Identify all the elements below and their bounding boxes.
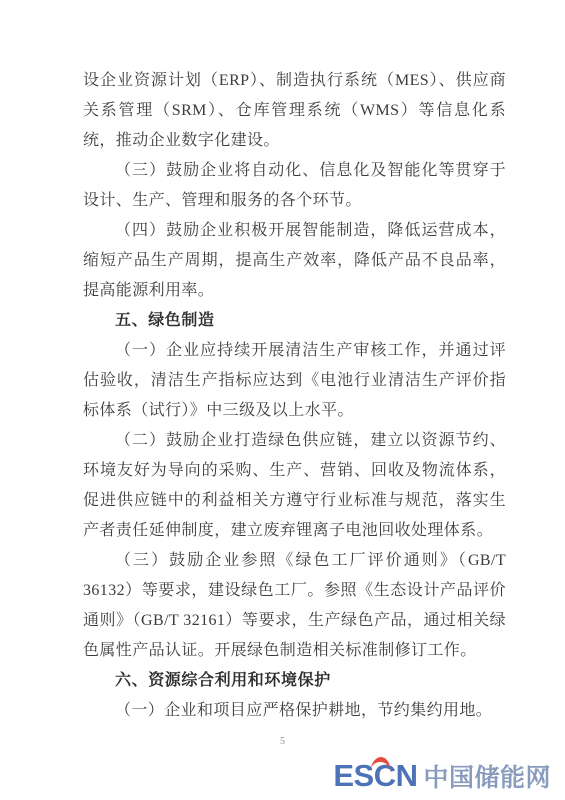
page-number: 5 [0, 736, 565, 747]
paragraph: （三）鼓励企业将自动化、信息化及智能化等贯穿于设计、生产、管理和服务的各个环节。 [83, 156, 506, 216]
paragraph: （一）企业应持续开展清洁生产审核工作，并通过评估验收，清洁生产指标应达到《电池行… [83, 336, 506, 426]
paragraph: （四）鼓励企业积极开展智能制造，降低运营成本，缩短产品生产周期，提高生产效率，降… [83, 216, 506, 306]
paragraph: （三）鼓励企业参照《绿色工厂评价通则》（GB/T 36132）等要求，建设绿色工… [83, 546, 506, 666]
paragraph: （二）鼓励企业打造绿色供应链，建立以资源节约、环境友好为导向的采购、生产、营销、… [83, 426, 506, 546]
paragraph: （一）企业和项目应严格保护耕地，节约集约用地。 [83, 696, 506, 726]
document-body: 设企业资源计划（ERP）、制造执行系统（MES）、供应商关系管理（SRM）、仓库… [83, 66, 506, 726]
document-page: 设企业资源计划（ERP）、制造执行系统（MES）、供应商关系管理（SRM）、仓库… [0, 0, 565, 800]
logo-chinese-text: 中国储能网 [423, 766, 551, 791]
section-heading: 六、资源综合利用和环境保护 [83, 666, 506, 696]
paragraph: 设企业资源计划（ERP）、制造执行系统（MES）、供应商关系管理（SRM）、仓库… [83, 66, 506, 156]
logo-latin-text: ESCN [333, 760, 417, 791]
escn-watermark-logo: ESCN 中国储能网 [333, 760, 551, 791]
section-heading: 五、绿色制造 [83, 306, 506, 336]
